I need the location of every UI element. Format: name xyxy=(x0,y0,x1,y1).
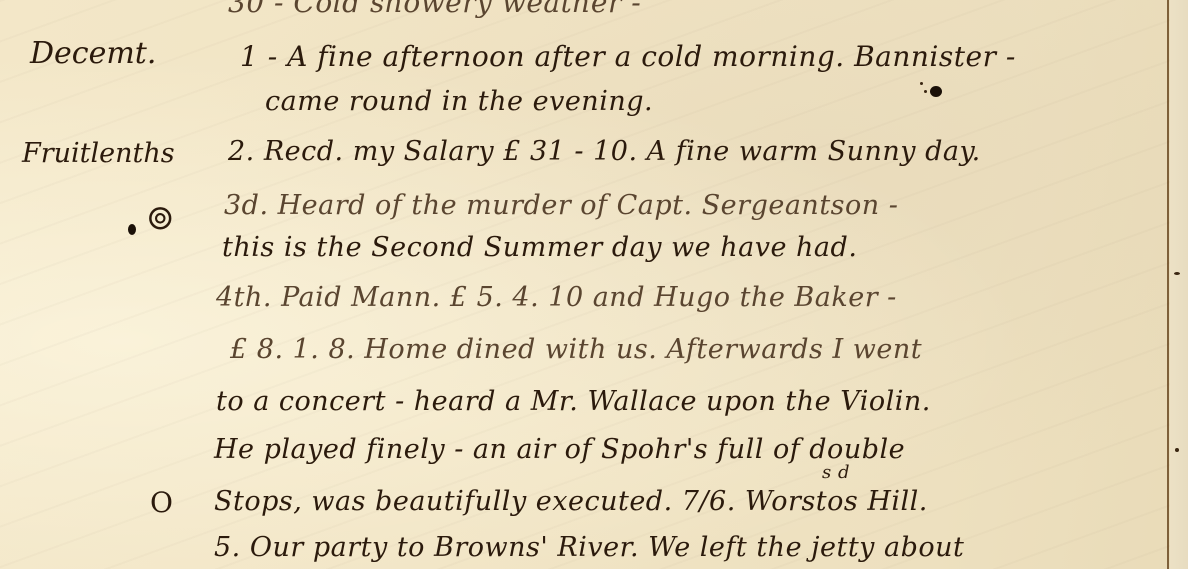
diary-line: 5. Our party to Browns' River. We left t… xyxy=(214,532,964,563)
moon-phase-symbol-icon: O xyxy=(150,486,173,519)
diary-line: to a concert - heard a Mr. Wallace upon … xyxy=(216,386,931,417)
diary-line: came round in the evening. xyxy=(265,86,653,117)
page-edge xyxy=(1170,0,1188,569)
margin-note-month: Decemt. xyxy=(30,36,156,71)
diary-line: 2. Recd. my Salary £ 31 - 10. A fine war… xyxy=(228,136,981,167)
diary-line: 30 - Cold showery weather - xyxy=(228,0,641,19)
diary-line: 3d. Heard of the murder of Capt. Sergean… xyxy=(224,190,898,221)
margin-rule-line xyxy=(1167,0,1169,569)
diary-line: this is the Second Summer day we have ha… xyxy=(222,232,857,263)
edge-mark xyxy=(1174,272,1180,275)
diary-line: He played finely - an air of Spohr's ful… xyxy=(214,434,905,465)
diary-line: 1 - A fine afternoon after a cold mornin… xyxy=(240,40,1016,73)
diary-page: Decemt. Fruitlenths ⊚ O 30 - Cold shower… xyxy=(0,0,1188,569)
ink-speck xyxy=(920,82,923,85)
diary-line: 4th. Paid Mann. £ 5. 4. 10 and Hugo the … xyxy=(216,282,897,313)
margin-note-weekday: Fruitlenths xyxy=(22,138,175,169)
edge-mark xyxy=(1175,448,1179,452)
diary-line: Stops, was beautifully executed. 7/6. Wo… xyxy=(214,486,928,517)
ink-speck xyxy=(924,90,927,93)
diary-line: £ 8. 1. 8. Home dined with us. Afterward… xyxy=(230,334,922,365)
shillings-pence-annotation: s d xyxy=(822,462,850,483)
full-moon-symbol-icon: ⊚ xyxy=(146,198,175,238)
ink-blot xyxy=(930,86,942,97)
ink-blot xyxy=(128,224,136,235)
